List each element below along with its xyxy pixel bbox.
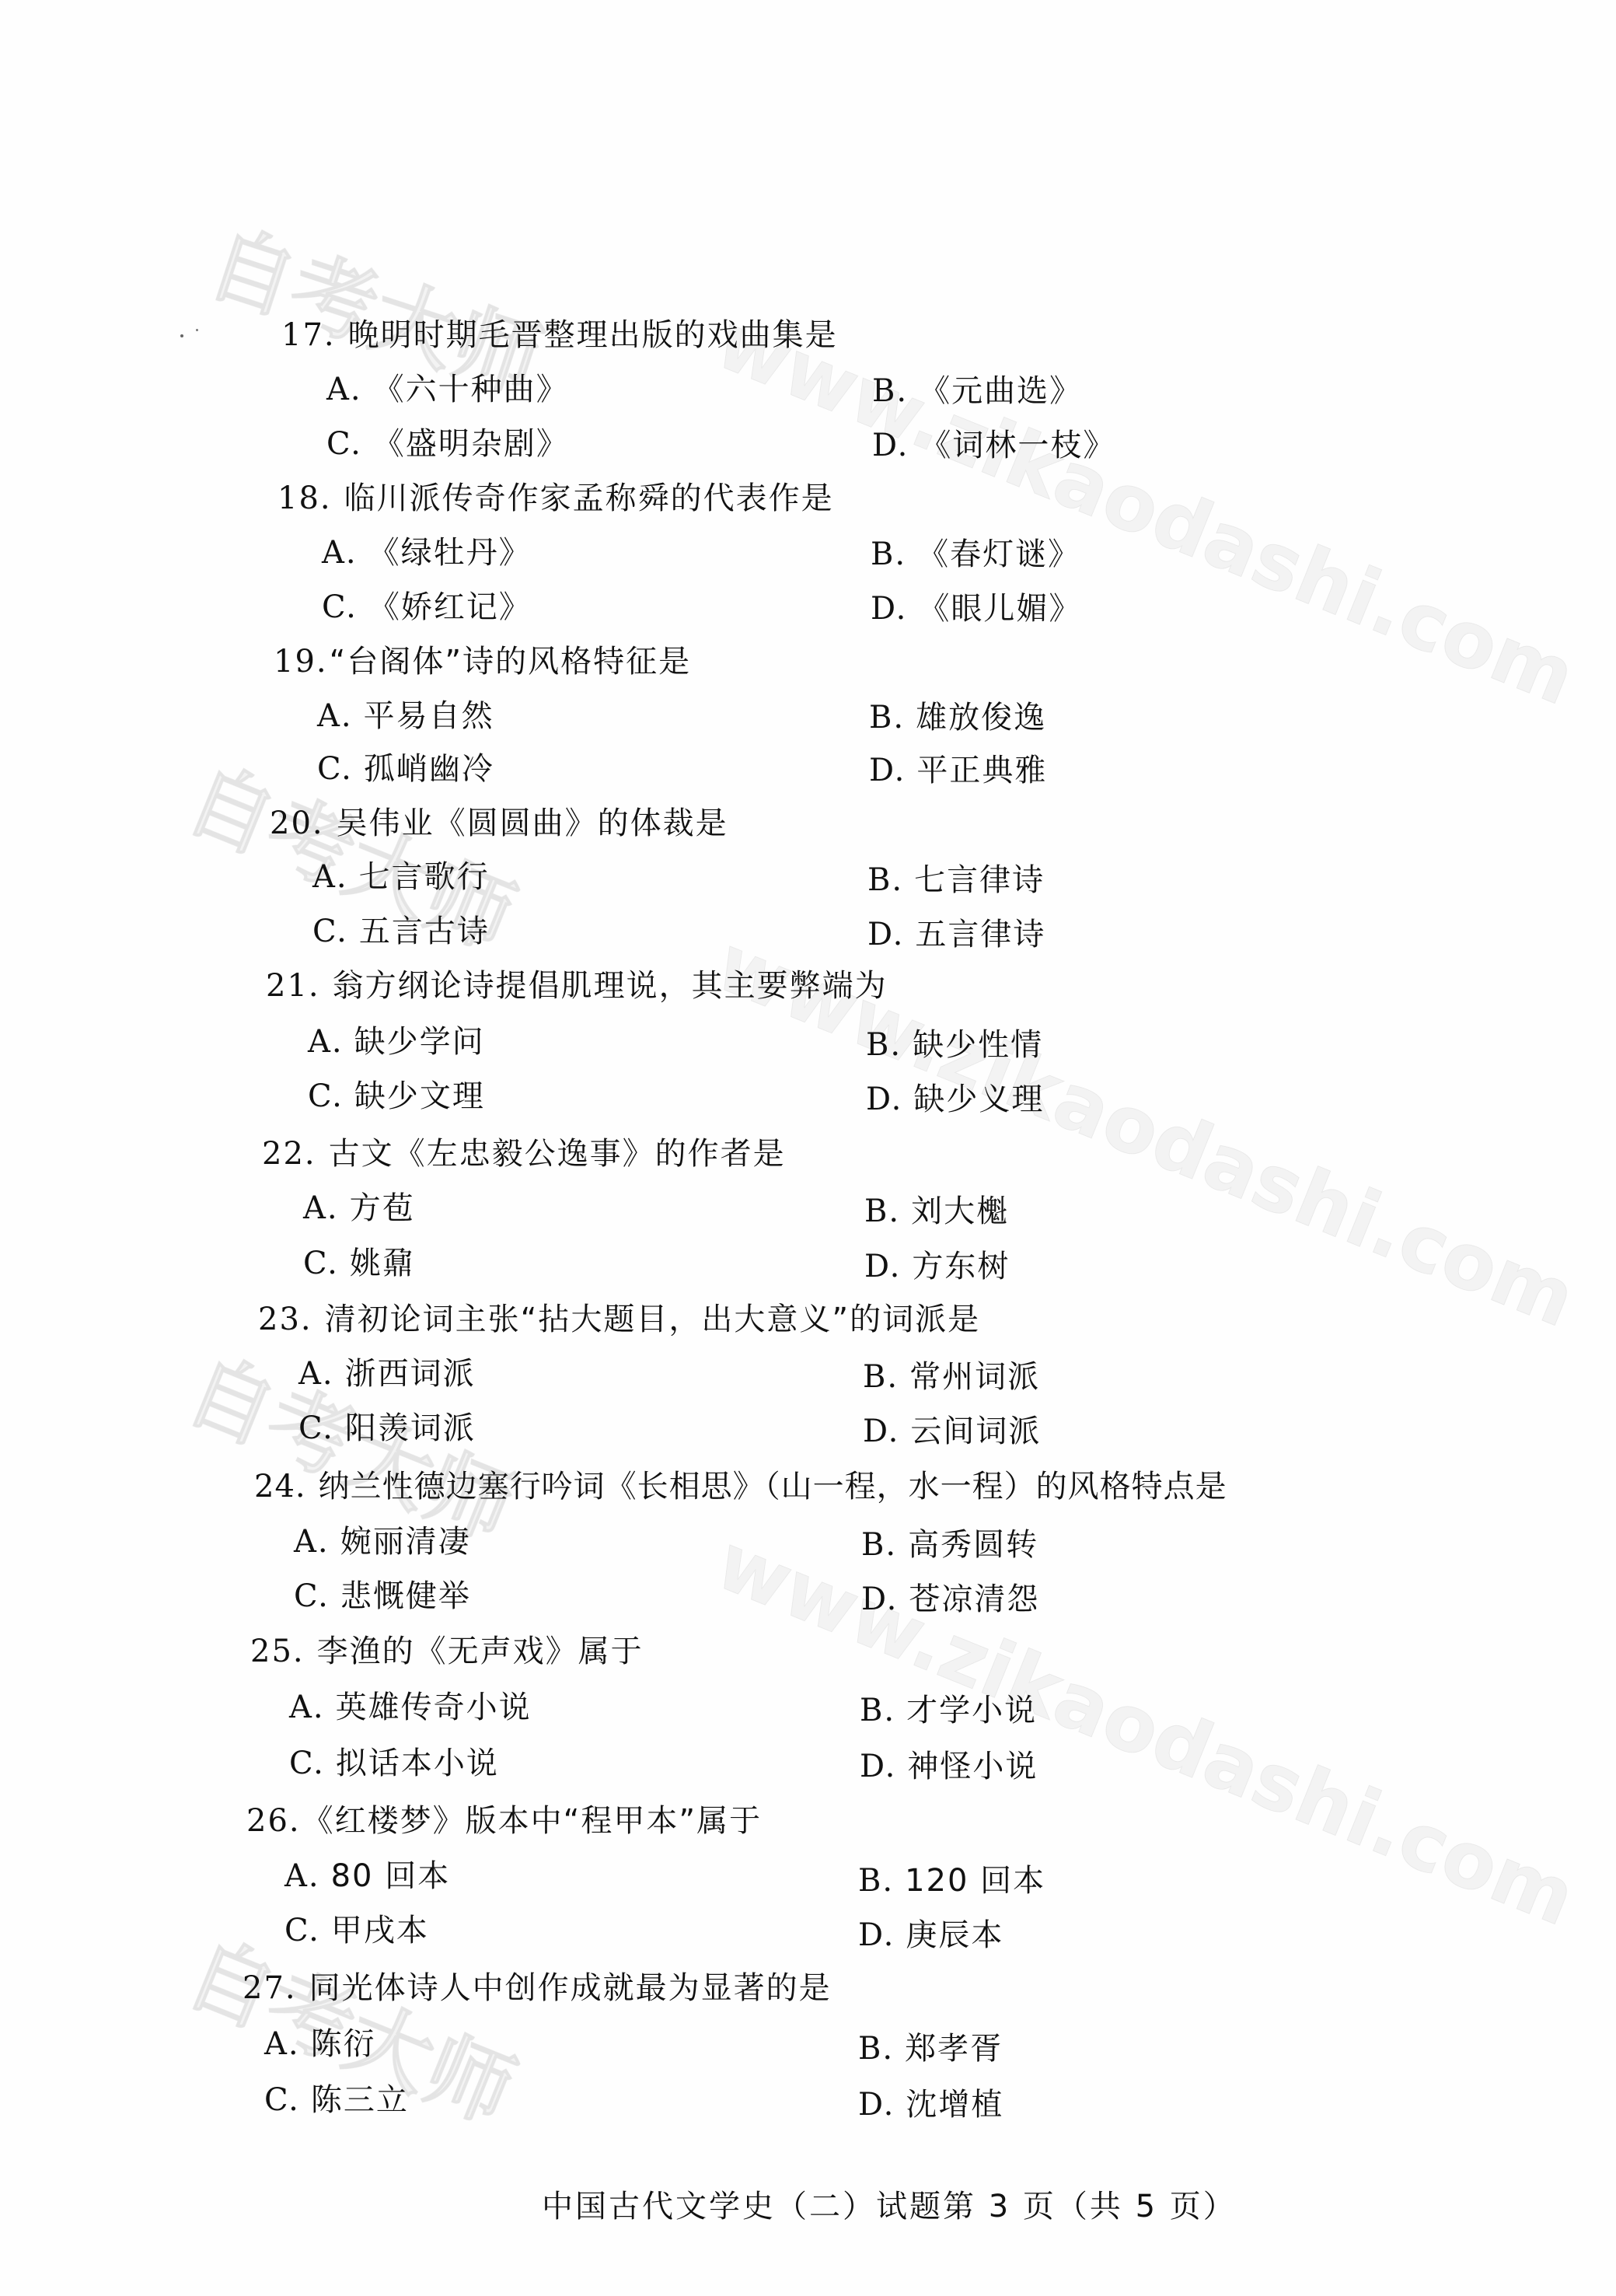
option-letter: C. bbox=[284, 1913, 320, 1948]
option-a: A.缺少学问 bbox=[308, 1023, 485, 1061]
option-letter: A. bbox=[289, 1690, 325, 1725]
option-b: B.雄放俊逸 bbox=[869, 699, 1046, 736]
question-text: 清初论词主张“拈大题目，出大意义”的词派是 bbox=[325, 1302, 980, 1337]
option-letter: B. bbox=[863, 1359, 899, 1395]
option-text: 沈增植 bbox=[906, 2087, 1003, 2123]
option-text: 《眼儿媚》 bbox=[918, 591, 1081, 627]
option-a: A.陈衍 bbox=[264, 2025, 376, 2063]
option-a: A.《六十种曲》 bbox=[326, 371, 569, 408]
option-text: 七言律诗 bbox=[914, 862, 1045, 898]
option-c: C.拟话本小说 bbox=[289, 1745, 499, 1782]
option-d: D.沈增植 bbox=[858, 2086, 1003, 2123]
question-text: “台阁体”诗的风格特征是 bbox=[330, 644, 691, 680]
option-text: 阳羡词派 bbox=[345, 1410, 476, 1446]
option-text: 常州词派 bbox=[909, 1359, 1040, 1395]
option-text: 平易自然 bbox=[364, 698, 494, 734]
option-d: D.平正典雅 bbox=[869, 752, 1047, 789]
option-letter: A. bbox=[308, 1024, 344, 1060]
option-c: C.《娇红记》 bbox=[322, 589, 532, 626]
option-text: 《娇红记》 bbox=[368, 589, 532, 625]
question-text: 李渔的《无声戏》属于 bbox=[317, 1634, 644, 1669]
option-d: D.云间词派 bbox=[863, 1413, 1041, 1450]
option-letter: D. bbox=[858, 1917, 895, 1953]
option-b: B.《元曲选》 bbox=[872, 372, 1082, 410]
question-21: 21.翁方纲论诗提倡肌理说，其主要弊端为 bbox=[266, 967, 888, 1005]
option-letter: D. bbox=[867, 917, 904, 952]
option-text: 英雄传奇小说 bbox=[336, 1690, 532, 1725]
option-text: 刘大櫆 bbox=[911, 1193, 1009, 1229]
question-23: 23.清初论词主张“拈大题目，出大意义”的词派是 bbox=[258, 1301, 980, 1338]
option-letter: A. bbox=[284, 1858, 320, 1894]
option-text: 郑孝胥 bbox=[905, 2031, 1003, 2067]
option-d: D.缺少义理 bbox=[866, 1081, 1044, 1118]
question-number: 27. bbox=[243, 1970, 297, 2006]
option-text: 庚辰本 bbox=[906, 1917, 1003, 1953]
option-letter: D. bbox=[866, 1082, 902, 1117]
option-text: 《词林一枝》 bbox=[920, 428, 1115, 463]
option-letter: A. bbox=[326, 372, 362, 407]
watermark: www.zikaodashi.com bbox=[704, 1516, 1587, 1944]
question-22: 22.古文《左忠毅公逸事》的作者是 bbox=[262, 1135, 786, 1172]
option-c: C.阳羡词派 bbox=[298, 1410, 476, 1447]
option-c: C.孤峭幽冷 bbox=[317, 750, 494, 788]
option-a: A.英雄传奇小说 bbox=[289, 1689, 532, 1726]
option-d: D.五言律诗 bbox=[867, 916, 1045, 953]
question-number: 19. bbox=[274, 644, 328, 680]
option-letter: D. bbox=[871, 591, 907, 627]
option-text: 浙西词派 bbox=[345, 1356, 476, 1392]
option-d: D.方东树 bbox=[864, 1248, 1010, 1285]
option-letter: B. bbox=[858, 1863, 894, 1899]
option-letter: C. bbox=[308, 1078, 344, 1114]
option-text: 神怪小说 bbox=[907, 1749, 1038, 1784]
option-text: 方东树 bbox=[912, 1249, 1010, 1284]
option-text: 120 回本 bbox=[905, 1863, 1045, 1899]
question-25: 25.李渔的《无声戏》属于 bbox=[250, 1633, 644, 1670]
option-letter: A. bbox=[317, 698, 353, 734]
question-text: 吴伟业《圆圆曲》的体裁是 bbox=[337, 806, 728, 841]
option-letter: D. bbox=[860, 1749, 896, 1784]
option-letter: A. bbox=[312, 859, 348, 895]
question-number: 18. bbox=[277, 481, 332, 516]
option-b: B.常州词派 bbox=[863, 1358, 1040, 1396]
option-letter: D. bbox=[863, 1414, 899, 1449]
option-d: D.苍凉清怨 bbox=[861, 1581, 1039, 1618]
option-text: 悲慨健举 bbox=[340, 1578, 471, 1614]
option-letter: C. bbox=[326, 426, 362, 462]
option-letter: B. bbox=[869, 700, 905, 736]
option-letter: C. bbox=[303, 1246, 339, 1281]
option-letter: C. bbox=[289, 1746, 325, 1781]
question-number: 23. bbox=[258, 1302, 312, 1337]
option-a: A.平易自然 bbox=[317, 697, 494, 735]
option-letter: A. bbox=[322, 535, 358, 571]
question-text: 晚明时期毛晋整理出版的戏曲集是 bbox=[348, 317, 838, 353]
option-text: 缺少文理 bbox=[354, 1078, 485, 1114]
option-text: 五言律诗 bbox=[915, 917, 1045, 952]
option-text: 五言古诗 bbox=[359, 914, 490, 949]
option-letter: D. bbox=[872, 428, 909, 463]
option-text: 孤峭幽冷 bbox=[364, 751, 494, 787]
option-b: B.120 回本 bbox=[858, 1862, 1045, 1899]
option-d: D.《词林一枝》 bbox=[872, 427, 1115, 464]
scan-speck bbox=[196, 329, 198, 331]
question-text: 古文《左忠毅公逸事》的作者是 bbox=[329, 1136, 786, 1172]
question-text: 《红楼梦》版本中“程甲本”属于 bbox=[302, 1803, 762, 1839]
option-letter: A. bbox=[294, 1524, 330, 1560]
option-a: A.80 回本 bbox=[284, 1857, 450, 1895]
option-text: 《春灯谜》 bbox=[917, 536, 1080, 572]
question-26: 26.《红楼梦》版本中“程甲本”属于 bbox=[246, 1802, 762, 1840]
question-number: 25. bbox=[250, 1634, 305, 1669]
option-letter: A. bbox=[264, 2026, 300, 2062]
option-d: D.《眼儿媚》 bbox=[871, 590, 1081, 627]
option-text: 《绿牡丹》 bbox=[368, 535, 532, 571]
option-letter: B. bbox=[860, 1693, 895, 1728]
option-letter: B. bbox=[866, 1027, 902, 1063]
option-text: 高秀圆转 bbox=[908, 1527, 1038, 1563]
option-text: 甲戌本 bbox=[331, 1913, 429, 1948]
option-d: D.神怪小说 bbox=[860, 1748, 1038, 1785]
option-b: B.高秀圆转 bbox=[861, 1526, 1038, 1564]
question-number: 20. bbox=[270, 806, 324, 841]
question-17: 17.晚明时期毛晋整理出版的戏曲集是 bbox=[281, 316, 838, 354]
question-number: 24. bbox=[254, 1469, 306, 1504]
option-text: 缺少性情 bbox=[913, 1027, 1043, 1063]
question-text: 临川派传奇作家孟称舜的代表作是 bbox=[344, 481, 834, 516]
option-c: C.陈三立 bbox=[264, 2081, 409, 2119]
option-text: 陈三立 bbox=[311, 2082, 409, 2118]
option-letter: A. bbox=[303, 1190, 339, 1226]
option-b: B.刘大櫆 bbox=[864, 1193, 1009, 1230]
question-18: 18.临川派传奇作家孟称舜的代表作是 bbox=[277, 480, 834, 517]
option-text: 《元曲选》 bbox=[919, 373, 1082, 409]
option-text: 姚鼐 bbox=[350, 1246, 415, 1281]
exam-page: 自考大师 www.zikaodashi.com 自考大师 www.zikaoda… bbox=[0, 0, 1616, 2296]
option-a: A.《绿牡丹》 bbox=[322, 534, 532, 571]
option-c: C.五言古诗 bbox=[312, 913, 490, 950]
option-c: C.甲戌本 bbox=[284, 1912, 429, 1949]
option-letter: C. bbox=[317, 751, 353, 787]
page-footer: 中国古代文学史（二）试题第 3 页（共 5 页） bbox=[542, 2188, 1237, 2225]
watermark: www.zikaodashi.com bbox=[704, 295, 1587, 723]
option-b: B.才学小说 bbox=[860, 1692, 1037, 1729]
option-letter: B. bbox=[872, 373, 908, 409]
question-27: 27.同光体诗人中创作成就最为显著的是 bbox=[243, 1969, 832, 2007]
option-b: B.缺少性情 bbox=[866, 1026, 1043, 1064]
option-c: C.姚鼐 bbox=[303, 1245, 415, 1282]
option-a: A.婉丽清凄 bbox=[294, 1523, 471, 1560]
option-text: 云间词派 bbox=[910, 1414, 1041, 1449]
question-number: 17. bbox=[281, 317, 336, 353]
option-letter: D. bbox=[861, 1581, 898, 1617]
option-text: 七言歌行 bbox=[359, 859, 490, 895]
option-text: 拟话本小说 bbox=[336, 1746, 499, 1781]
option-text: 缺少学问 bbox=[354, 1024, 485, 1060]
option-b: B.《春灯谜》 bbox=[871, 536, 1080, 573]
option-letter: D. bbox=[869, 753, 906, 788]
option-letter: C. bbox=[298, 1410, 334, 1446]
question-number: 21. bbox=[266, 968, 320, 1004]
option-text: 缺少义理 bbox=[913, 1082, 1044, 1117]
option-letter: B. bbox=[858, 2031, 894, 2067]
question-text: 同光体诗人中创作成就最为显著的是 bbox=[309, 1970, 832, 2006]
option-text: 平正典雅 bbox=[916, 753, 1047, 788]
option-text: 80 回本 bbox=[331, 1858, 451, 1894]
option-letter: B. bbox=[864, 1193, 900, 1229]
option-text: 苍凉清怨 bbox=[909, 1581, 1039, 1617]
question-24: 24.纳兰性德边塞行吟词《长相思》（山一程，水一程）的风格特点是 bbox=[254, 1468, 1227, 1505]
option-letter: B. bbox=[867, 862, 903, 898]
option-letter: C. bbox=[322, 589, 358, 625]
option-text: 婉丽清凄 bbox=[340, 1524, 471, 1560]
option-text: 《六十种曲》 bbox=[373, 372, 569, 407]
option-letter: C. bbox=[294, 1578, 330, 1614]
option-text: 方苞 bbox=[350, 1190, 415, 1226]
option-letter: A. bbox=[298, 1356, 334, 1392]
option-letter: C. bbox=[312, 914, 348, 949]
option-b: B.七言律诗 bbox=[867, 861, 1045, 899]
question-text: 翁方纲论诗提倡肌理说，其主要弊端为 bbox=[333, 968, 888, 1004]
option-text: 才学小说 bbox=[906, 1693, 1037, 1728]
option-letter: B. bbox=[861, 1527, 897, 1563]
scan-speck bbox=[180, 334, 183, 337]
question-number: 22. bbox=[262, 1136, 316, 1172]
question-20: 20.吴伟业《圆圆曲》的体裁是 bbox=[270, 805, 728, 842]
option-letter: D. bbox=[858, 2087, 895, 2123]
option-c: C.悲慨健举 bbox=[294, 1578, 471, 1615]
option-c: C.缺少文理 bbox=[308, 1078, 485, 1115]
option-text: 陈衍 bbox=[311, 2026, 376, 2062]
option-letter: C. bbox=[264, 2082, 300, 2118]
option-a: A.浙西词派 bbox=[298, 1355, 476, 1393]
question-number: 26. bbox=[246, 1803, 301, 1839]
option-c: C.《盛明杂剧》 bbox=[326, 425, 569, 463]
option-letter: D. bbox=[864, 1249, 901, 1284]
option-text: 《盛明杂剧》 bbox=[373, 426, 569, 462]
option-text: 雄放俊逸 bbox=[916, 700, 1046, 736]
option-a: A.方苞 bbox=[303, 1190, 415, 1227]
option-letter: B. bbox=[871, 536, 906, 572]
option-a: A.七言歌行 bbox=[312, 858, 490, 896]
question-19: 19.“台阁体”诗的风格特征是 bbox=[274, 643, 691, 680]
option-d: D.庚辰本 bbox=[858, 1917, 1003, 1954]
question-text: 纳兰性德边塞行吟词《长相思》（山一程，水一程）的风格特点是 bbox=[319, 1469, 1227, 1504]
option-b: B.郑孝胥 bbox=[858, 2030, 1003, 2067]
